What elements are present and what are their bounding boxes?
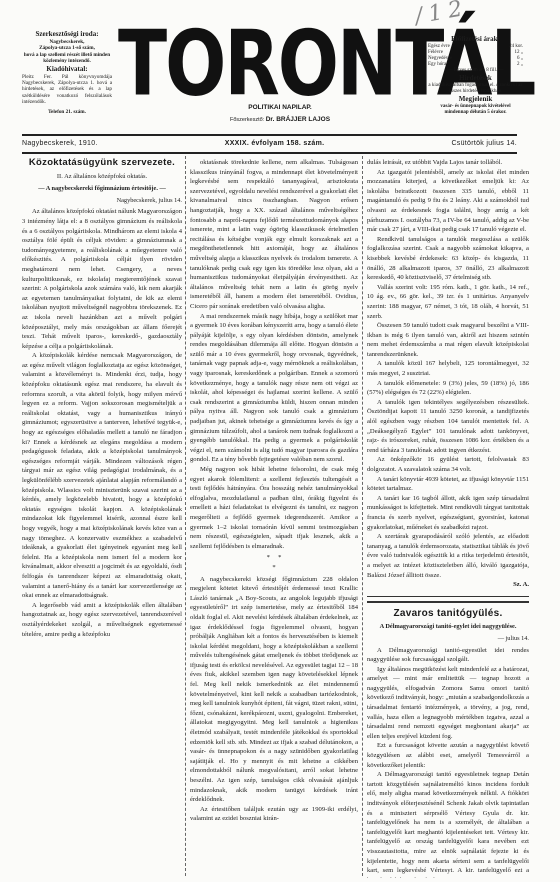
column-1: Közoktatásügyünk szervezete. II. Az álta…: [22, 158, 182, 639]
subscription-box: Előfizetési árak: Egész évre24 kor. Félé…: [428, 35, 523, 116]
article-paragraph: A tanulók igen tekintélyes segélyezésben…: [367, 398, 529, 456]
editorial-office-heading: Szerkesztőségi iroda:: [22, 30, 112, 39]
publisher-note: Pleitz Fer. Pál könyvnyomdája Nagybecske…: [22, 74, 112, 106]
article-paragraph: Az önképzőkör 16 gyülést tartott, felolv…: [367, 455, 529, 474]
article-dateline: — julius 14.: [367, 634, 529, 644]
article-paragraph: Igy általános megütközést kelt mindenfel…: [367, 665, 529, 742]
newspaper-page: /12 Szerkesztőségi iroda: Nagybecskerek,…: [0, 0, 560, 882]
dateline-rule: [22, 152, 517, 154]
article-paragraph: Az értesitőben találjuk ezután ugy az 19…: [190, 805, 358, 824]
article-paragraph: Összesen 59 tanuló tudott csak magyarul …: [367, 321, 529, 359]
editor-label: Főszerkesztő:: [230, 117, 264, 123]
article-divider: [367, 596, 529, 597]
article-paragraph: dulás leirását, ez utóbbit Vajda Lajos t…: [367, 158, 529, 168]
schedule-note: vasár- és ünnepnapok kivételével mindenn…: [428, 104, 523, 116]
subscription-heading: Előfizetési árak:: [428, 35, 523, 44]
article-signature: Sz. A.: [367, 580, 529, 590]
article-dateline: Nagybecskerek, julius 14.: [22, 196, 182, 206]
phone-number: Telefon 21. szám.: [22, 109, 112, 115]
article-section: II. Az általános középfokú oktatás.: [22, 172, 182, 182]
issue-number: XXXIX. évfolyam 158. szám.: [225, 140, 325, 147]
editor-line: Főszerkesztő: Dr. BRÁJJER LAJOS: [175, 116, 385, 123]
editor-name: Dr. BRÁJJER LAJOS: [266, 116, 330, 123]
article-paragraph: A Délmagyarországi tanitó egyesületnek t…: [367, 770, 529, 878]
column-3: dulás leirását, ez utóbbit Vajda Lajos t…: [367, 158, 529, 878]
publisher-heading: Kiadóhivatal:: [22, 65, 112, 74]
article-subhead: — A nagybecskereki főgimnázium értesitőj…: [22, 184, 182, 194]
article-paragraph: A középiskolák kérdése nemcsak Magyarors…: [22, 351, 182, 600]
ads-note: a kiadóhivatalban fogadtatnak el. Azonkí…: [428, 83, 523, 95]
article-paragraph: Ezt a furcsaságot követte azután a nagyg…: [367, 741, 529, 770]
article-paragraph: A tanulók közül 167 helybeli, 125 toront…: [367, 359, 529, 378]
column-2: oktatásnak törekednie kellene, nem alkal…: [190, 158, 358, 824]
article-paragraph: Még nagyon sok hibát lehetne felsorolni,…: [190, 465, 358, 551]
article-divider: [367, 601, 529, 603]
schedule-heading: Megjelenik: [428, 95, 523, 104]
article-paragraph: Az általános középfokú oktatást nálunk M…: [22, 207, 182, 351]
article-paragraph: A tanári könyvtár 4939 kötetet, az ifjus…: [367, 475, 529, 494]
office-note: hová a lap szellemi részét illető minden…: [22, 52, 112, 65]
editorial-office-box: Szerkesztőségi iroda: Nagybecskerek, Záp…: [22, 30, 112, 115]
article-paragraph: oktatásnak törekednie kellene, nem alkal…: [190, 158, 358, 312]
article-paragraph: A Délmagyarországi tanitó-egyesület idei…: [367, 646, 529, 665]
column-divider: [185, 156, 186, 876]
place-year: Nagybecskerek, 1910.: [22, 140, 98, 147]
article-paragraph: A nagybecskereki községi főgimnázium 228…: [190, 575, 358, 805]
day-date: Csütörtök julius 14.: [451, 140, 517, 147]
article-headline: Zavaros tanitógyülés.: [367, 609, 529, 619]
price-value: 2 „: [517, 62, 523, 68]
masthead-rule: [22, 134, 517, 136]
dateline: Nagybecskerek, 1910. XXXIX. évfolyam 158…: [22, 140, 517, 147]
article-headline: Közoktatásügyünk szervezete.: [22, 158, 182, 168]
ads-heading: Hirdetések: [428, 74, 523, 83]
newspaper-title: TORONTÁL: [118, 18, 418, 108]
article-paragraph: Az igazgatói jelentésből, amely az iskol…: [367, 168, 529, 235]
article-paragraph: A mai rendszernek másik nagy hibája, hog…: [190, 312, 358, 466]
article-paragraph: Vallás szerint volt: 195 róm. kath., 1 g…: [367, 283, 529, 321]
column-divider: [362, 156, 363, 876]
newspaper-subtitle: POLITIKAI NAPILAP.: [175, 104, 385, 111]
article-paragraph: A legerősebb vád amit a középiskolák ell…: [22, 601, 182, 639]
article-paragraph: A tanári kar 16 tagból állott, akik igen…: [367, 494, 529, 532]
section-separator: * **: [190, 553, 358, 572]
article-paragraph: Rendkivül tanulságos a tanulók megoszlás…: [367, 235, 529, 283]
article-paragraph: A szertárak gyarapodásáról szóló jelenté…: [367, 532, 529, 580]
price-label: Egy hóra: [428, 62, 446, 68]
article-paragraph: A tanulók előmenetele: 9 (3%) jeles, 59 …: [367, 379, 529, 398]
article-subhead: A Délmagyarországi tanitó-egylet idei na…: [367, 622, 529, 632]
